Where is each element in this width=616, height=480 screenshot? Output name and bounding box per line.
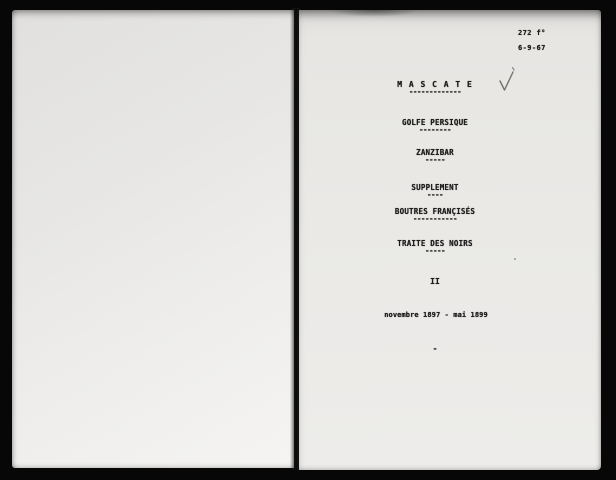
date-range: novembre 1897 - mai 1899 xyxy=(341,311,531,319)
paper-speck xyxy=(514,258,516,260)
end-dash: - xyxy=(355,344,515,353)
title-page: 272 f° 6-9-67 M A S C A T E ------------… xyxy=(299,10,601,470)
heading-zanzibar: ZANZIBAR ----- xyxy=(355,149,515,163)
heading-underline: ----- xyxy=(355,157,515,163)
heading-underline: ---- xyxy=(355,192,515,198)
heading-underline: ------------- xyxy=(355,89,515,95)
folio-reference: 272 f° 6-9-67 xyxy=(518,26,546,56)
date-code: 6-9-67 xyxy=(518,41,546,56)
heading-mascate: M A S C A T E ------------- xyxy=(355,81,515,95)
heading-underline: -------- xyxy=(355,127,515,133)
heading-traite-des-noirs: TRAITE DES NOIRS ----- xyxy=(355,240,515,254)
heading-boutres-francises: BOUTRES FRANÇISÉS ----------- xyxy=(355,208,515,222)
left-blank-page xyxy=(12,10,294,468)
heading-underline: ----------- xyxy=(355,216,515,222)
heading-golfe-persique: GOLFE PERSIQUE -------- xyxy=(355,119,515,133)
folio-number: 272 f° xyxy=(518,26,546,41)
heading-underline: ----- xyxy=(355,248,515,254)
volume-number: II xyxy=(355,277,515,286)
archive-scan-photo: 272 f° 6-9-67 M A S C A T E ------------… xyxy=(0,0,616,480)
heading-supplement: SUPPLEMENT ---- xyxy=(355,184,515,198)
